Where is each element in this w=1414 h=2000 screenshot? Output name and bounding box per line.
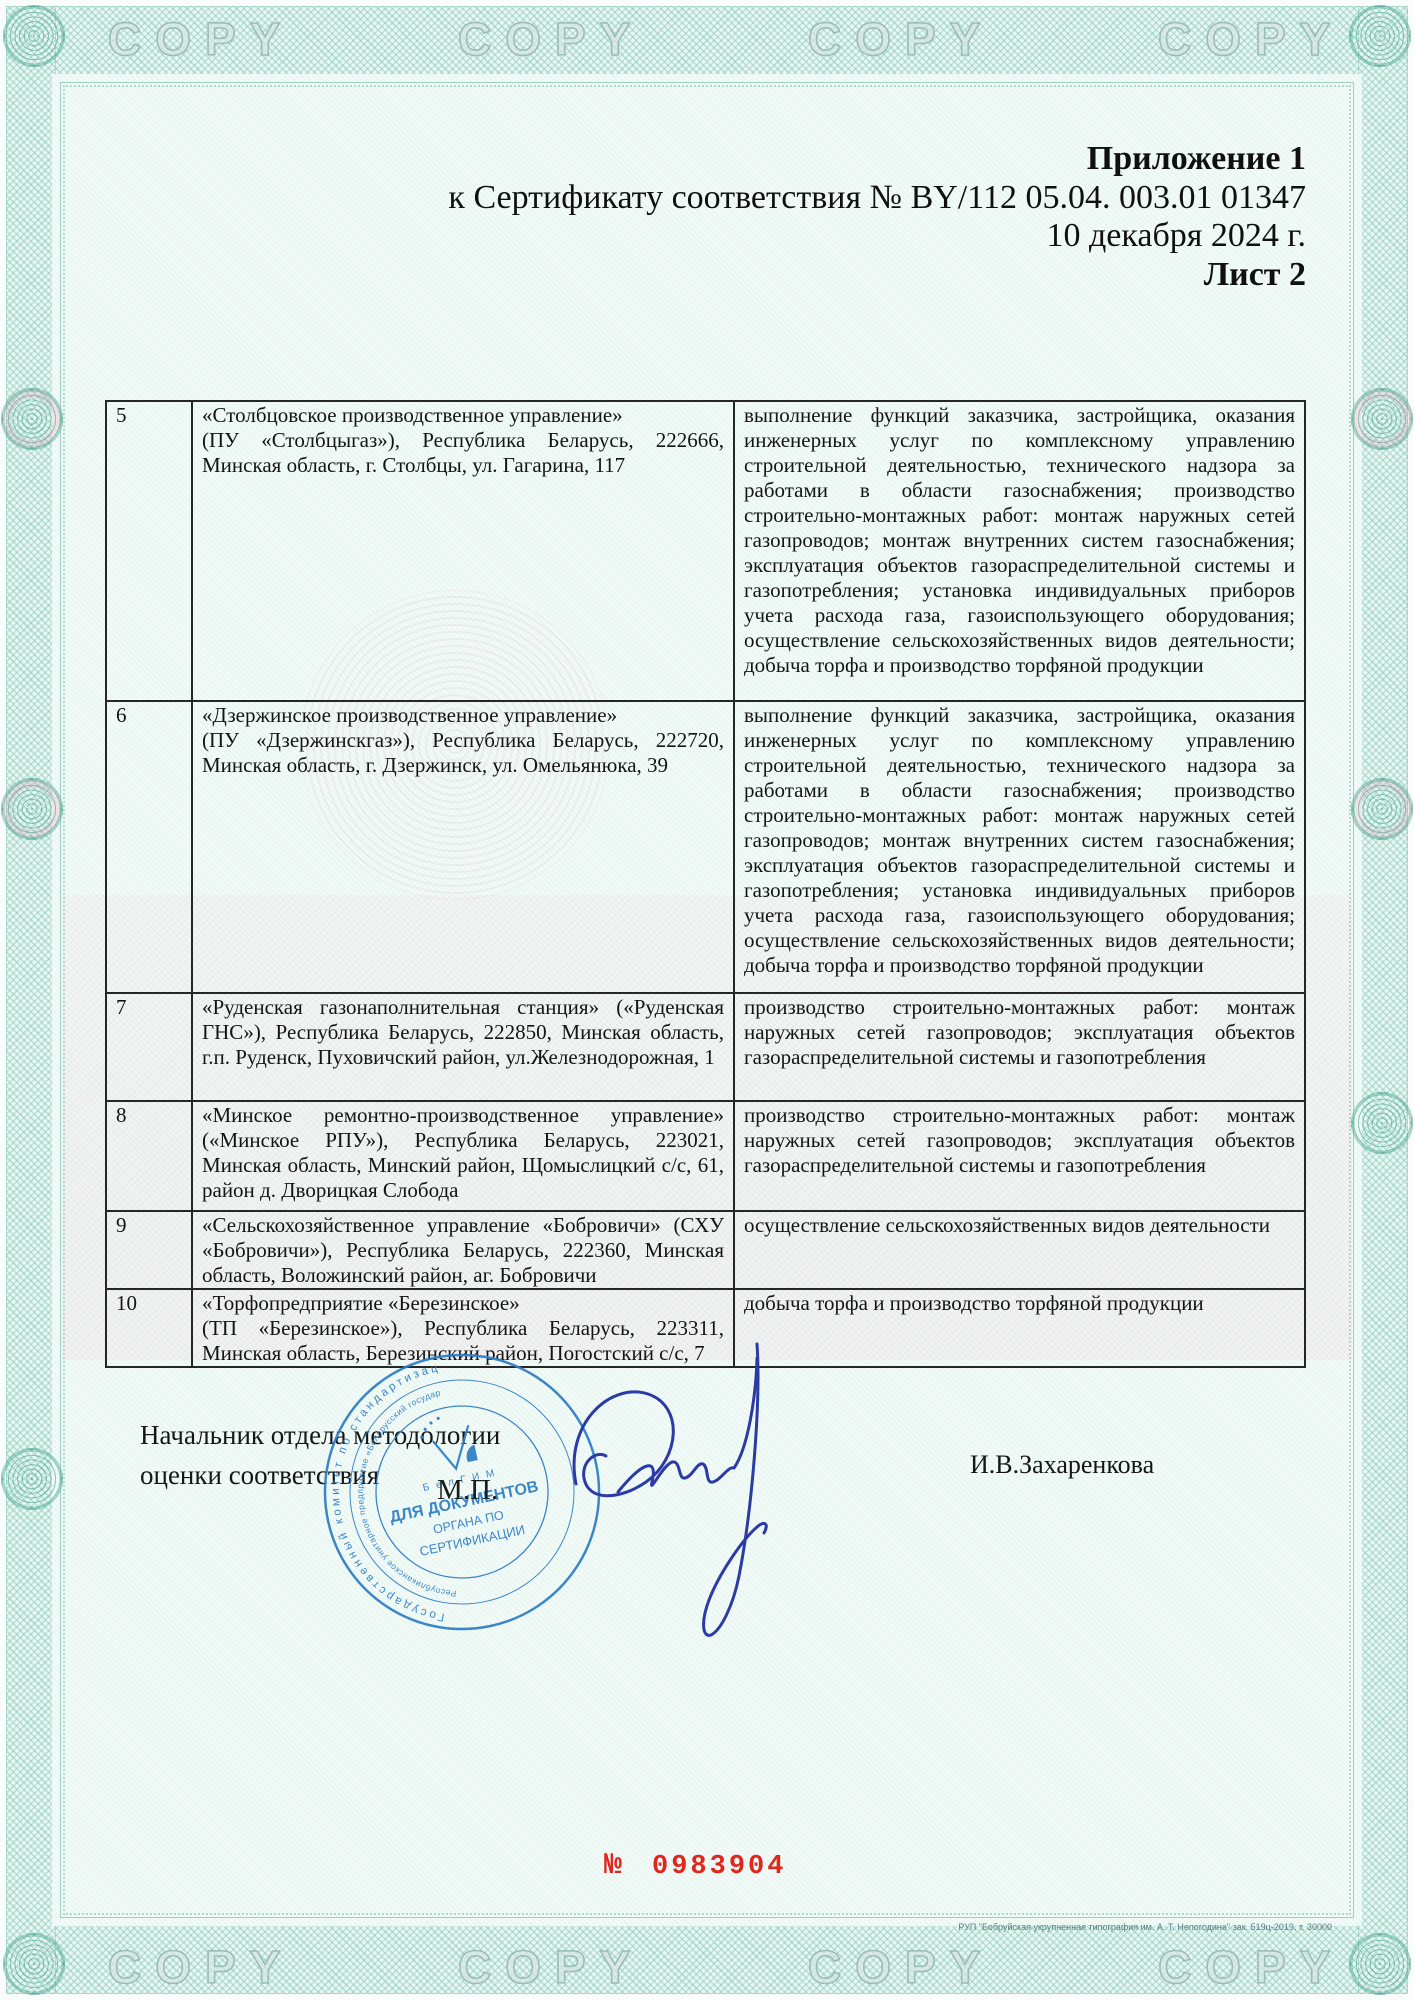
activity-cell: выполнение функций заказчика, застройщик… bbox=[734, 701, 1305, 993]
signer-name: И.В.Захаренкова bbox=[970, 1450, 1154, 1480]
copy-watermark: COPY bbox=[808, 1940, 994, 1994]
activity-cell: осуществление сельскохозяйственных видов… bbox=[734, 1211, 1305, 1289]
row-number-cell: 6 bbox=[106, 701, 192, 993]
table-row: 8 «Минское ремонтно-производственное упр… bbox=[106, 1101, 1305, 1211]
serial-number: №0983904 bbox=[604, 1849, 786, 1883]
edge-rosette bbox=[1351, 388, 1413, 450]
copy-watermark: COPY bbox=[1158, 1940, 1344, 1994]
appendix-title: Приложение 1 bbox=[206, 140, 1306, 179]
corner-rosette bbox=[3, 1933, 65, 1995]
table-row: 5 «Столбцовское производственное управле… bbox=[106, 401, 1305, 701]
organization-cell: «Столбцовское производственное управлени… bbox=[192, 401, 734, 701]
table-row: 7 «Руденская газонаполнительная станция»… bbox=[106, 993, 1305, 1101]
serial-digits: 0983904 bbox=[652, 1852, 786, 1882]
sheet-number: Лист 2 bbox=[206, 256, 1306, 295]
copy-watermark: COPY bbox=[1158, 12, 1344, 66]
corner-rosette bbox=[1349, 5, 1411, 67]
document-header: Приложение 1 к Сертификату соответствия … bbox=[206, 140, 1306, 294]
edge-rosette bbox=[1351, 778, 1413, 840]
copy-watermark: COPY bbox=[808, 12, 994, 66]
scanned-certificate-appendix-page: { "page": { "watermark": "COPY", "serial… bbox=[0, 0, 1414, 2000]
organization-cell: «Сельскохозяйственное управление «Бобров… bbox=[192, 1211, 734, 1289]
corner-rosette bbox=[1349, 1933, 1411, 1995]
activity-cell: выполнение функций заказчика, застройщик… bbox=[734, 401, 1305, 701]
cert-table: 5 «Столбцовское производственное управле… bbox=[105, 400, 1306, 1368]
guilloche-border-right bbox=[1358, 6, 1408, 1994]
seal-mark: М.П. bbox=[437, 1474, 498, 1507]
signature-autograph bbox=[560, 1332, 810, 1642]
copy-watermark: COPY bbox=[108, 1940, 294, 1994]
copy-watermark: COPY bbox=[108, 12, 294, 66]
certificate-number-line: к Сертификату соответствия № BY/112 05.0… bbox=[206, 179, 1306, 218]
organization-cell: «Минское ремонтно-производственное управ… bbox=[192, 1101, 734, 1211]
edge-rosette bbox=[1, 778, 63, 840]
guilloche-border-left bbox=[6, 6, 56, 1994]
row-number-cell: 5 bbox=[106, 401, 192, 701]
activity-cell: добыча торфа и производство торфяной про… bbox=[734, 1289, 1305, 1367]
edge-rosette bbox=[1, 1448, 63, 1510]
row-number-cell: 9 bbox=[106, 1211, 192, 1289]
activity-cell: производство строительно-монтажных работ… bbox=[734, 1101, 1305, 1211]
table-row: 9 «Сельскохозяйственное управление «Бобр… bbox=[106, 1211, 1305, 1289]
row-number-cell: 10 bbox=[106, 1289, 192, 1367]
table-row: 6 «Дзержинское производственное управлен… bbox=[106, 701, 1305, 993]
serial-prefix: № bbox=[604, 1849, 622, 1883]
row-number-cell: 8 bbox=[106, 1101, 192, 1211]
copy-watermark: COPY bbox=[458, 1940, 644, 1994]
edge-rosette bbox=[1351, 1092, 1413, 1154]
row-number-cell: 7 bbox=[106, 993, 192, 1101]
activity-cell: производство строительно-монтажных работ… bbox=[734, 993, 1305, 1101]
edge-rosette bbox=[1, 388, 63, 450]
copy-watermark: COPY bbox=[458, 12, 644, 66]
corner-rosette bbox=[3, 5, 65, 67]
organization-cell: «Руденская газонаполнительная станция» (… bbox=[192, 993, 734, 1101]
organization-cell: «Дзержинское производственное управление… bbox=[192, 701, 734, 993]
certificate-date-line: 10 декабря 2024 г. bbox=[206, 217, 1306, 256]
printer-note: РУП "Бобруйская укрупненная типография и… bbox=[958, 1922, 1332, 1932]
belgim-logo-icon bbox=[417, 1411, 479, 1475]
